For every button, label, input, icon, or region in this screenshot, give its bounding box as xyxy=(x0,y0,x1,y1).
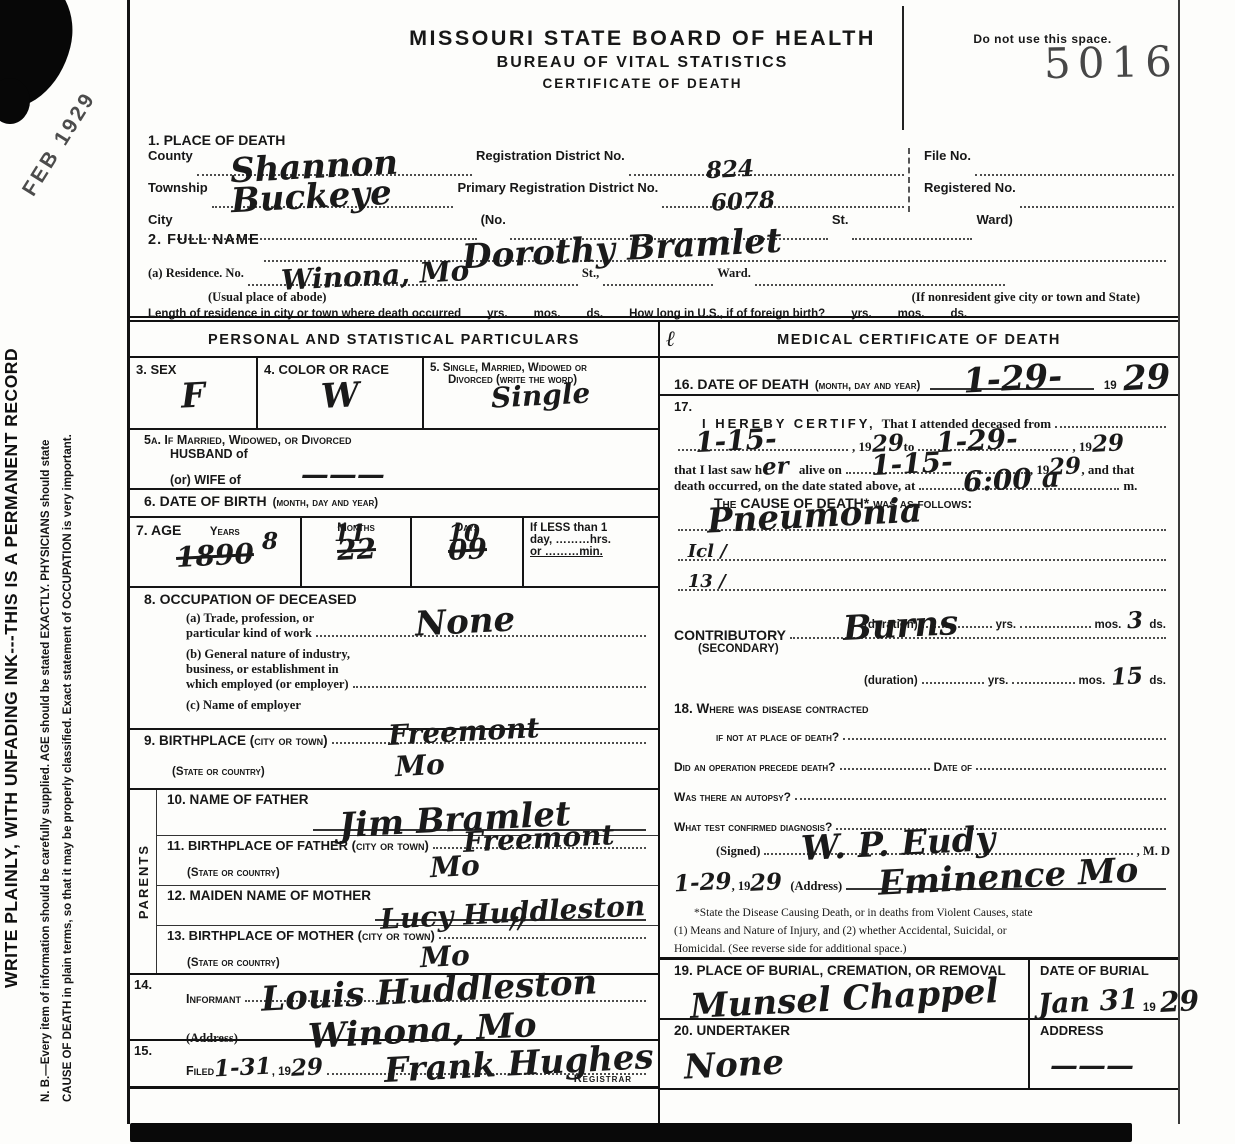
attended-from-value: 1-15- xyxy=(694,425,777,457)
ward-label: Ward) xyxy=(976,212,1012,227)
age-months-struck: 22 xyxy=(336,535,376,565)
filed-label: Filed xyxy=(144,1064,214,1078)
date-of-death-value: 1-29- xyxy=(962,359,1063,398)
not-at-place-blank xyxy=(843,736,1166,740)
age-days-struck: 09 xyxy=(447,535,487,565)
cause-scribble-2: 13 / xyxy=(688,573,726,591)
age-years-header: Years xyxy=(210,526,240,538)
undertaker-label: 20. UNDERTAKER xyxy=(674,1023,1022,1038)
burial-date-value: Jan 31 xyxy=(1037,985,1139,1018)
ds-label: ds. xyxy=(586,308,603,320)
duration-yrs-blank-2 xyxy=(922,680,984,684)
house-number-label: (No. xyxy=(481,212,506,227)
birthplace-state-label: (State or country) xyxy=(144,766,265,778)
filed-19-printed: , 19 xyxy=(272,1066,291,1078)
footnote-line3: Homicidal. (See reverse side for additio… xyxy=(674,941,1170,959)
dod-year-value: 29 xyxy=(1122,360,1171,396)
father-name-label: 10. NAME OF FATHER xyxy=(167,792,309,807)
dod-19-printed: 19 xyxy=(1104,380,1117,392)
how-long-us-label: How long in U.S., if of foreign birth? xyxy=(629,308,825,320)
undertaker-address-label: ADDRESS xyxy=(1040,1023,1172,1038)
last-saw-pronoun: er xyxy=(762,454,790,478)
marital-value: Single xyxy=(491,379,592,412)
husband-of-label: HUSBAND of xyxy=(144,447,650,461)
color-race-value: W xyxy=(320,378,360,414)
physician-address-label: (Address) xyxy=(790,879,842,894)
occupation-b-line1: (b) General nature of industry, xyxy=(144,647,650,662)
spouse-value-dash: ——— xyxy=(301,461,385,489)
registered-no-label: Registered No. xyxy=(924,180,1016,195)
primary-registration-label: Primary Registration District No. xyxy=(457,180,658,195)
if-less-line3: or ………min. xyxy=(530,546,652,558)
footnote-line1: *State the Disease Causing Death, or in … xyxy=(674,905,1170,923)
bureau-title: BUREAU OF VITAL STATISTICS xyxy=(380,54,905,72)
occupation-c-label: (c) Name of employer xyxy=(144,698,650,713)
township-value: Buckeye xyxy=(230,176,392,218)
duration-mos-blank-2 xyxy=(1012,680,1074,684)
file-no-blank xyxy=(975,172,1174,176)
last-saw-text1: that I last saw h xyxy=(674,462,762,478)
length-of-residence-label: Length of residence in city or town wher… xyxy=(148,308,461,320)
duration-yrs-label-2: yrs. xyxy=(988,675,1008,687)
item-17-number: 17. xyxy=(674,399,1170,414)
scan-bottom-bar xyxy=(130,1123,1132,1142)
occupation-b-line3: which employed (or employer) xyxy=(186,677,349,692)
certify-blank xyxy=(1055,424,1166,428)
date-of-operation-blank xyxy=(976,766,1166,770)
parents-block: PARENTS 10. NAME OF FATHER Jim Bramlet 1… xyxy=(130,790,658,975)
filed-date-value: 1-31 xyxy=(214,1055,273,1081)
personal-particulars-title: PERSONAL AND STATISTICAL PARTICULARS xyxy=(130,322,658,358)
signed-label: (Signed) xyxy=(674,844,760,859)
street-label: St. xyxy=(832,212,849,227)
duration-label-2: (duration) xyxy=(864,675,918,687)
father-state-label: (State or country) xyxy=(167,867,280,879)
primary-registration-value: 6078 xyxy=(710,188,775,214)
burial-place-value: Munsel Chappel xyxy=(689,974,999,1024)
father-birthplace-label: 11. BIRTHPLACE OF FATHER (city or town) xyxy=(167,838,429,853)
operation-question: Did an operation precede death? xyxy=(674,760,836,774)
from-19-printed: , 19 xyxy=(852,439,872,455)
occupation-b-line2: business, or establishment in xyxy=(144,662,650,677)
md-label: , M. D xyxy=(1137,844,1170,859)
mos-label: mos. xyxy=(534,308,561,320)
undertaker-address-value: ——— xyxy=(1050,1052,1134,1080)
residence-ward-label: Ward. xyxy=(717,266,751,281)
yrs-label-2: yrs. xyxy=(851,308,871,320)
mother-name-label: 12. MAIDEN NAME OF MOTHER xyxy=(167,888,371,903)
father-state-value: Mo xyxy=(429,852,480,883)
section-full-name: 2. FULL NAME Dorothy Bramlet (a) Residen… xyxy=(130,232,1178,322)
registration-district-label: Registration District No. xyxy=(476,148,625,163)
mos-label-2: mos. xyxy=(898,308,925,320)
filed-number: 15. xyxy=(134,1043,152,1058)
nonresident-label: (If nonresident give city or town and St… xyxy=(912,290,1140,305)
father-birthplace-value: Freemont xyxy=(462,821,615,857)
occupation-a-value: None xyxy=(414,602,516,641)
birthplace-value: Freemont xyxy=(388,714,541,750)
certificate-form: MISSOURI STATE BOARD OF HEALTH BUREAU OF… xyxy=(127,0,1180,1124)
date-of-death-sublabel: (month, day and year) xyxy=(815,380,920,392)
official-use-box: Do not use this space. 5016 xyxy=(902,6,1181,130)
birthplace-label: 9. BIRTHPLACE (city or town) xyxy=(144,733,328,748)
color-race-label: 4. COLOR OR RACE xyxy=(264,362,416,377)
dob-sublabel: (month, day and year) xyxy=(273,497,378,509)
marital-label-line1: 5. Single, Married, Widowed or xyxy=(430,362,652,374)
section-place-of-death: 1. PLACE OF DEATH County Shannon Registr… xyxy=(130,130,1178,232)
autopsy-question: Was there an autopsy? xyxy=(674,790,791,804)
if-less-line1: If LESS than 1 xyxy=(530,522,652,534)
last-saw-text3: , and that xyxy=(1081,462,1134,478)
informant-label: Informant xyxy=(144,992,241,1006)
age-years-struck: 1890 xyxy=(175,540,254,572)
duration-ds-label-2: ds. xyxy=(1149,675,1166,687)
form-header: MISSOURI STATE BOARD OF HEALTH BUREAU OF… xyxy=(130,0,1178,130)
dob-label: 6. DATE OF BIRTH xyxy=(144,493,267,509)
s5a-label: 5a. If Married, Widowed, or Divorced xyxy=(144,433,650,447)
not-at-place-question: if not at place of death? xyxy=(674,730,839,744)
informant-number: 14. xyxy=(134,977,152,992)
occupation-title: 8. OCCUPATION OF DECEASED xyxy=(144,591,650,607)
date-of-operation-label: Date of xyxy=(934,760,973,774)
if-less-line2: day, ………hrs. xyxy=(530,534,652,546)
occupation-a-line1: (a) Trade, profession, or xyxy=(144,611,650,626)
last-saw-text2: alive on xyxy=(799,462,842,478)
mother-birthplace-value: 〃 xyxy=(500,910,529,939)
occupation-b-blank xyxy=(353,684,646,688)
ds-label-2: ds. xyxy=(951,308,968,320)
registrar-label: Registrar xyxy=(574,1073,632,1085)
wife-of-label: (or) WIFE of xyxy=(144,473,241,487)
physician-sign-year: 29 xyxy=(750,870,783,895)
city-label: City xyxy=(148,212,173,227)
age-years-corrected: 8 xyxy=(262,530,278,553)
contributory-value: Burns xyxy=(842,606,959,646)
registered-no-blank xyxy=(1020,204,1174,208)
sex-label: 3. SEX xyxy=(136,362,250,377)
duration-mos-label-2: mos. xyxy=(1079,675,1106,687)
received-date-stamp: FEB 1929 xyxy=(18,87,101,200)
residence-street-blank xyxy=(603,282,713,286)
full-name-label: 2. FULL NAME xyxy=(148,232,260,248)
to-year-value: 29 xyxy=(1091,431,1124,456)
document-title: CERTIFICATE OF DEATH xyxy=(380,76,905,91)
medical-certificate-column: ℓ MEDICAL CERTIFICATE OF DEATH 16. DATE … xyxy=(660,322,1178,1124)
burial-year-value: 29 xyxy=(1159,987,1199,1017)
burial-date-label: DATE OF BURIAL xyxy=(1040,963,1172,978)
filed-year-value: 29 xyxy=(290,1055,323,1080)
yrs-label: yrs. xyxy=(487,308,507,320)
personal-particulars-column: PERSONAL AND STATISTICAL PARTICULARS 3. … xyxy=(130,322,660,1124)
undertaker-value: None xyxy=(683,1045,785,1084)
contributory-label: CONTRIBUTORY xyxy=(674,627,786,643)
county-label: County xyxy=(148,148,193,163)
township-label: Township xyxy=(148,180,208,195)
parents-side-label: PARENTS xyxy=(136,844,151,919)
occupation-a-line2: particular kind of work xyxy=(186,626,312,641)
mother-state-value: Mo xyxy=(419,942,470,973)
footnote-line2: (1) Means and Nature of Injury, and (2) … xyxy=(674,923,1170,941)
last-saw-date-value: 1-15- xyxy=(870,448,953,480)
contributory-duration-days-value: 15 xyxy=(1111,664,1144,689)
mother-state-label: (State or country) xyxy=(167,957,280,969)
agency-title: MISSOURI STATE BOARD OF HEALTH xyxy=(380,26,905,51)
residence-extra-blank xyxy=(755,282,1005,286)
sex-value: F xyxy=(180,378,206,413)
burial-19-printed: 19 xyxy=(1143,1002,1156,1014)
sign-19-printed: , 19 xyxy=(732,879,751,894)
certificate-number-stamp: 5016 xyxy=(1044,37,1180,88)
disease-contracted-label: 18. Where was disease contracted xyxy=(674,701,1170,716)
date-of-death-label: 16. DATE OF DEATH xyxy=(674,376,809,392)
physician-sign-date: 1-29 xyxy=(673,870,732,896)
registration-district-value: 824 xyxy=(705,157,754,182)
operation-blank xyxy=(840,766,930,770)
age-label: 7. AGE xyxy=(136,522,181,538)
stray-ink-mark: ℓ xyxy=(666,328,675,350)
cause-of-death-value: Pneumonia xyxy=(707,493,923,538)
residence-label: (a) Residence. No. xyxy=(148,266,244,281)
medical-certificate-title: MEDICAL CERTIFICATE OF DEATH xyxy=(660,322,1178,358)
place-of-death-title: 1. PLACE OF DEATH xyxy=(148,132,1178,148)
file-no-label: File No. xyxy=(924,148,971,163)
death-certificate-scan: FEB 1929 WRITE PLAINLY, WITH UNFADING IN… xyxy=(0,0,1235,1144)
mother-birthplace-label: 13. BIRTHPLACE OF MOTHER (city or town) xyxy=(167,928,435,943)
autopsy-blank xyxy=(795,796,1166,800)
birthplace-state-value: Mo xyxy=(394,751,445,782)
margin-note-line2: CAUSE OF DEATH in plain terms, so that i… xyxy=(62,72,74,1102)
cause-scribble-1: Icl / xyxy=(688,543,727,561)
margin-warning-text: WRITE PLAINLY, WITH UNFADING INK---THIS … xyxy=(1,228,22,988)
margin-note-line1: N. B.—Every item of information should b… xyxy=(40,72,52,1102)
